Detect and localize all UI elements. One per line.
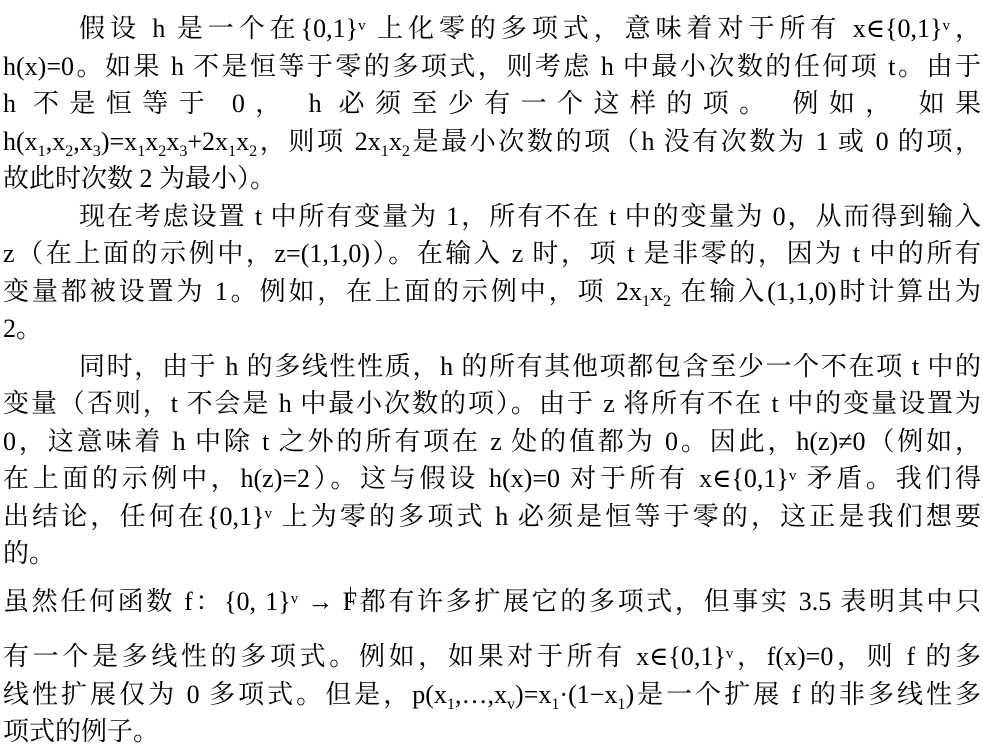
subscript: 3 <box>179 143 187 160</box>
text-line: h 不是恒等于 0， h 必须至少有一个这样的项。 例如， 如果 <box>3 85 981 123</box>
subscript: 2 <box>249 143 257 160</box>
superscript: v <box>264 506 272 522</box>
subscript: 1 <box>642 293 650 310</box>
superscript: v <box>789 468 797 484</box>
document-page: { "page": { "background_color": "#ffffff… <box>0 0 983 749</box>
paragraph: 假设 h 是一个在{0,1}v 上化零的多项式，意味着对于所有 x∈{0,1}v… <box>3 10 981 198</box>
text-line: 假设 h 是一个在{0,1}v 上化零的多项式，意味着对于所有 x∈{0,1}v… <box>3 10 981 48</box>
superscript: v <box>726 646 734 662</box>
paragraph: 同时，由于 h 的多线性性质，h 的所有其他项都包含至少一个不在项 t 中的变量… <box>3 348 981 573</box>
paragraph: 虽然任何函数 f：{0, 1}v → F都有许多扩展它的多项式，但事实 3.5 … <box>3 583 981 749</box>
text-line: 在上面的示例中，h(z)=2）。这与假设 h(x)=0 对于所有 x∈{0,1}… <box>3 460 981 498</box>
subscript: 1 <box>617 696 625 713</box>
text-line: h(x1,x2,x3)=x1x2x3+2x1x2，则项 2x1x2是最小次数的项… <box>3 123 981 161</box>
subscript: 3 <box>93 143 101 160</box>
subscript: 1 <box>137 143 145 160</box>
text-line: 同时，由于 h 的多线性性质，h 的所有其他项都包含至少一个不在项 t 中的 <box>3 348 981 386</box>
subscript: 2 <box>65 143 73 160</box>
paragraph: 现在考虑设置 t 中所有变量为 1，所有不在 t 中的变量为 0，从而得到输入z… <box>3 198 981 348</box>
text-line: 2。 <box>3 310 981 348</box>
superscript: v <box>291 591 299 607</box>
subscript: 1 <box>551 696 559 713</box>
text-line: 线性扩展仅为 0 多项式。但是，p(x1,…,xv)=x1·(1−x1)是一个扩… <box>3 676 981 714</box>
text-line: 变量（否则，t 不会是 h 中最小次数的项）。由于 z 将所有不在 t 中的变量… <box>3 385 981 423</box>
subscript: 1 <box>38 143 46 160</box>
double-struck-F: F <box>343 583 357 621</box>
text-line: 出结论，任何在{0,1}v 上为零的多项式 h 必须是恒等于零的，这正是我们想要 <box>3 498 981 536</box>
text-line: 0，这意味着 h 中除 t 之外的所有项在 z 处的值都为 0。因此，h(z)≠… <box>3 423 981 461</box>
subscript: v <box>507 696 515 713</box>
subscript: 2 <box>663 293 671 310</box>
text-line: 变量都被设置为 1。例如，在上面的示例中，项 2x1x2 在输入(1,1,0)时… <box>3 273 981 311</box>
text-line: 项式的例子。 <box>3 713 981 749</box>
text-line: h(x)=0。如果 h 不是恒等于零的多项式，则考虑 h 中最小次数的任何项 t… <box>3 48 981 86</box>
text-line: 故此时次数 2 为最小）。 <box>3 160 981 198</box>
text-line: 虽然任何函数 f：{0, 1}v → F都有许多扩展它的多项式，但事实 3.5 … <box>3 583 981 621</box>
superscript: v <box>358 18 366 34</box>
subscript: 2 <box>402 143 410 160</box>
subscript: 1 <box>381 143 389 160</box>
text-line: z（在上面的示例中，z=(1,1,0)）。在输入 z 时，项 t 是非零的，因为… <box>3 235 981 273</box>
subscript: 1 <box>447 696 455 713</box>
text-line: 有一个是多线性的多项式。例如，如果对于所有 x∈{0,1}v，f(x)=0，则 … <box>3 638 981 676</box>
superscript: v <box>942 18 950 34</box>
subscript: 2 <box>158 143 166 160</box>
text-content: 假设 h 是一个在{0,1}v 上化零的多项式，意味着对于所有 x∈{0,1}v… <box>0 0 983 749</box>
text-line: 的。 <box>3 535 981 573</box>
subscript: 1 <box>228 143 236 160</box>
text-line: 现在考虑设置 t 中所有变量为 1，所有不在 t 中的变量为 0，从而得到输入 <box>3 198 981 236</box>
